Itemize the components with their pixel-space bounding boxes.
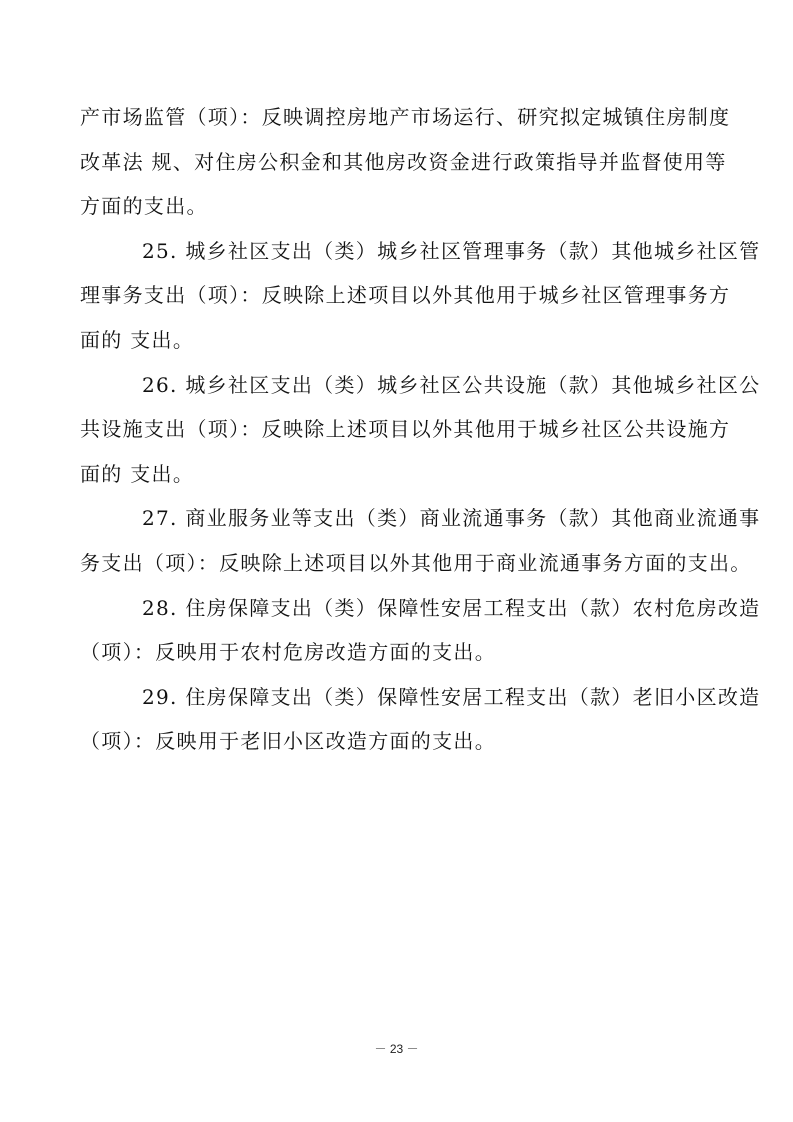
text-line: 25. 城乡社区支出（类）城乡社区管理事务（款）其他城乡社区管	[80, 229, 750, 274]
paragraph-item-25: 25. 城乡社区支出（类）城乡社区管理事务（款）其他城乡社区管 理事务支出（项）…	[80, 229, 750, 363]
text-line: 27. 商业服务业等支出（类）商业流通事务（款）其他商业流通事	[80, 496, 750, 541]
paragraph-continuation: 产市场监管（项）：反映调控房地产市场运行、研究拟定城镇住房制度 改革法 规、对住…	[80, 95, 750, 229]
paragraph-item-28: 28. 住房保障支出（类）保障性安居工程支出（款）农村危房改造 （项）：反映用于…	[80, 586, 750, 675]
text-line: 28. 住房保障支出（类）保障性安居工程支出（款）农村危房改造	[80, 586, 750, 631]
text-line: 共设施支出（项）：反映除上述项目以外其他用于城乡社区公共设施方	[80, 407, 750, 452]
text-line: （项）：反映用于老旧小区改造方面的支出。	[80, 719, 750, 764]
text-line: 方面的支出。	[80, 184, 750, 229]
text-line: 面的 支出。	[80, 452, 750, 497]
document-body: 产市场监管（项）：反映调控房地产市场运行、研究拟定城镇住房制度 改革法 规、对住…	[80, 95, 750, 764]
text-line: 务支出（项）：反映除上述项目以外其他用于商业流通事务方面的支出。	[80, 541, 750, 586]
paragraph-item-26: 26. 城乡社区支出（类）城乡社区公共设施（款）其他城乡社区公 共设施支出（项）…	[80, 363, 750, 497]
text-line: 产市场监管（项）：反映调控房地产市场运行、研究拟定城镇住房制度	[80, 95, 750, 140]
paragraph-item-29: 29. 住房保障支出（类）保障性安居工程支出（款）老旧小区改造 （项）：反映用于…	[80, 675, 750, 764]
page-number: － 23 －	[0, 1040, 793, 1057]
text-line: 面的 支出。	[80, 318, 750, 363]
text-line: 理事务支出（项）：反映除上述项目以外其他用于城乡社区管理事务方	[80, 273, 750, 318]
text-line: 改革法 规、对住房公积金和其他房改资金进行政策指导并监督使用等	[80, 140, 750, 185]
text-line: （项）：反映用于农村危房改造方面的支出。	[80, 630, 750, 675]
document-page: 产市场监管（项）：反映调控房地产市场运行、研究拟定城镇住房制度 改革法 规、对住…	[0, 0, 793, 1122]
paragraph-item-27: 27. 商业服务业等支出（类）商业流通事务（款）其他商业流通事 务支出（项）：反…	[80, 496, 750, 585]
text-line: 29. 住房保障支出（类）保障性安居工程支出（款）老旧小区改造	[80, 675, 750, 720]
text-line: 26. 城乡社区支出（类）城乡社区公共设施（款）其他城乡社区公	[80, 363, 750, 408]
